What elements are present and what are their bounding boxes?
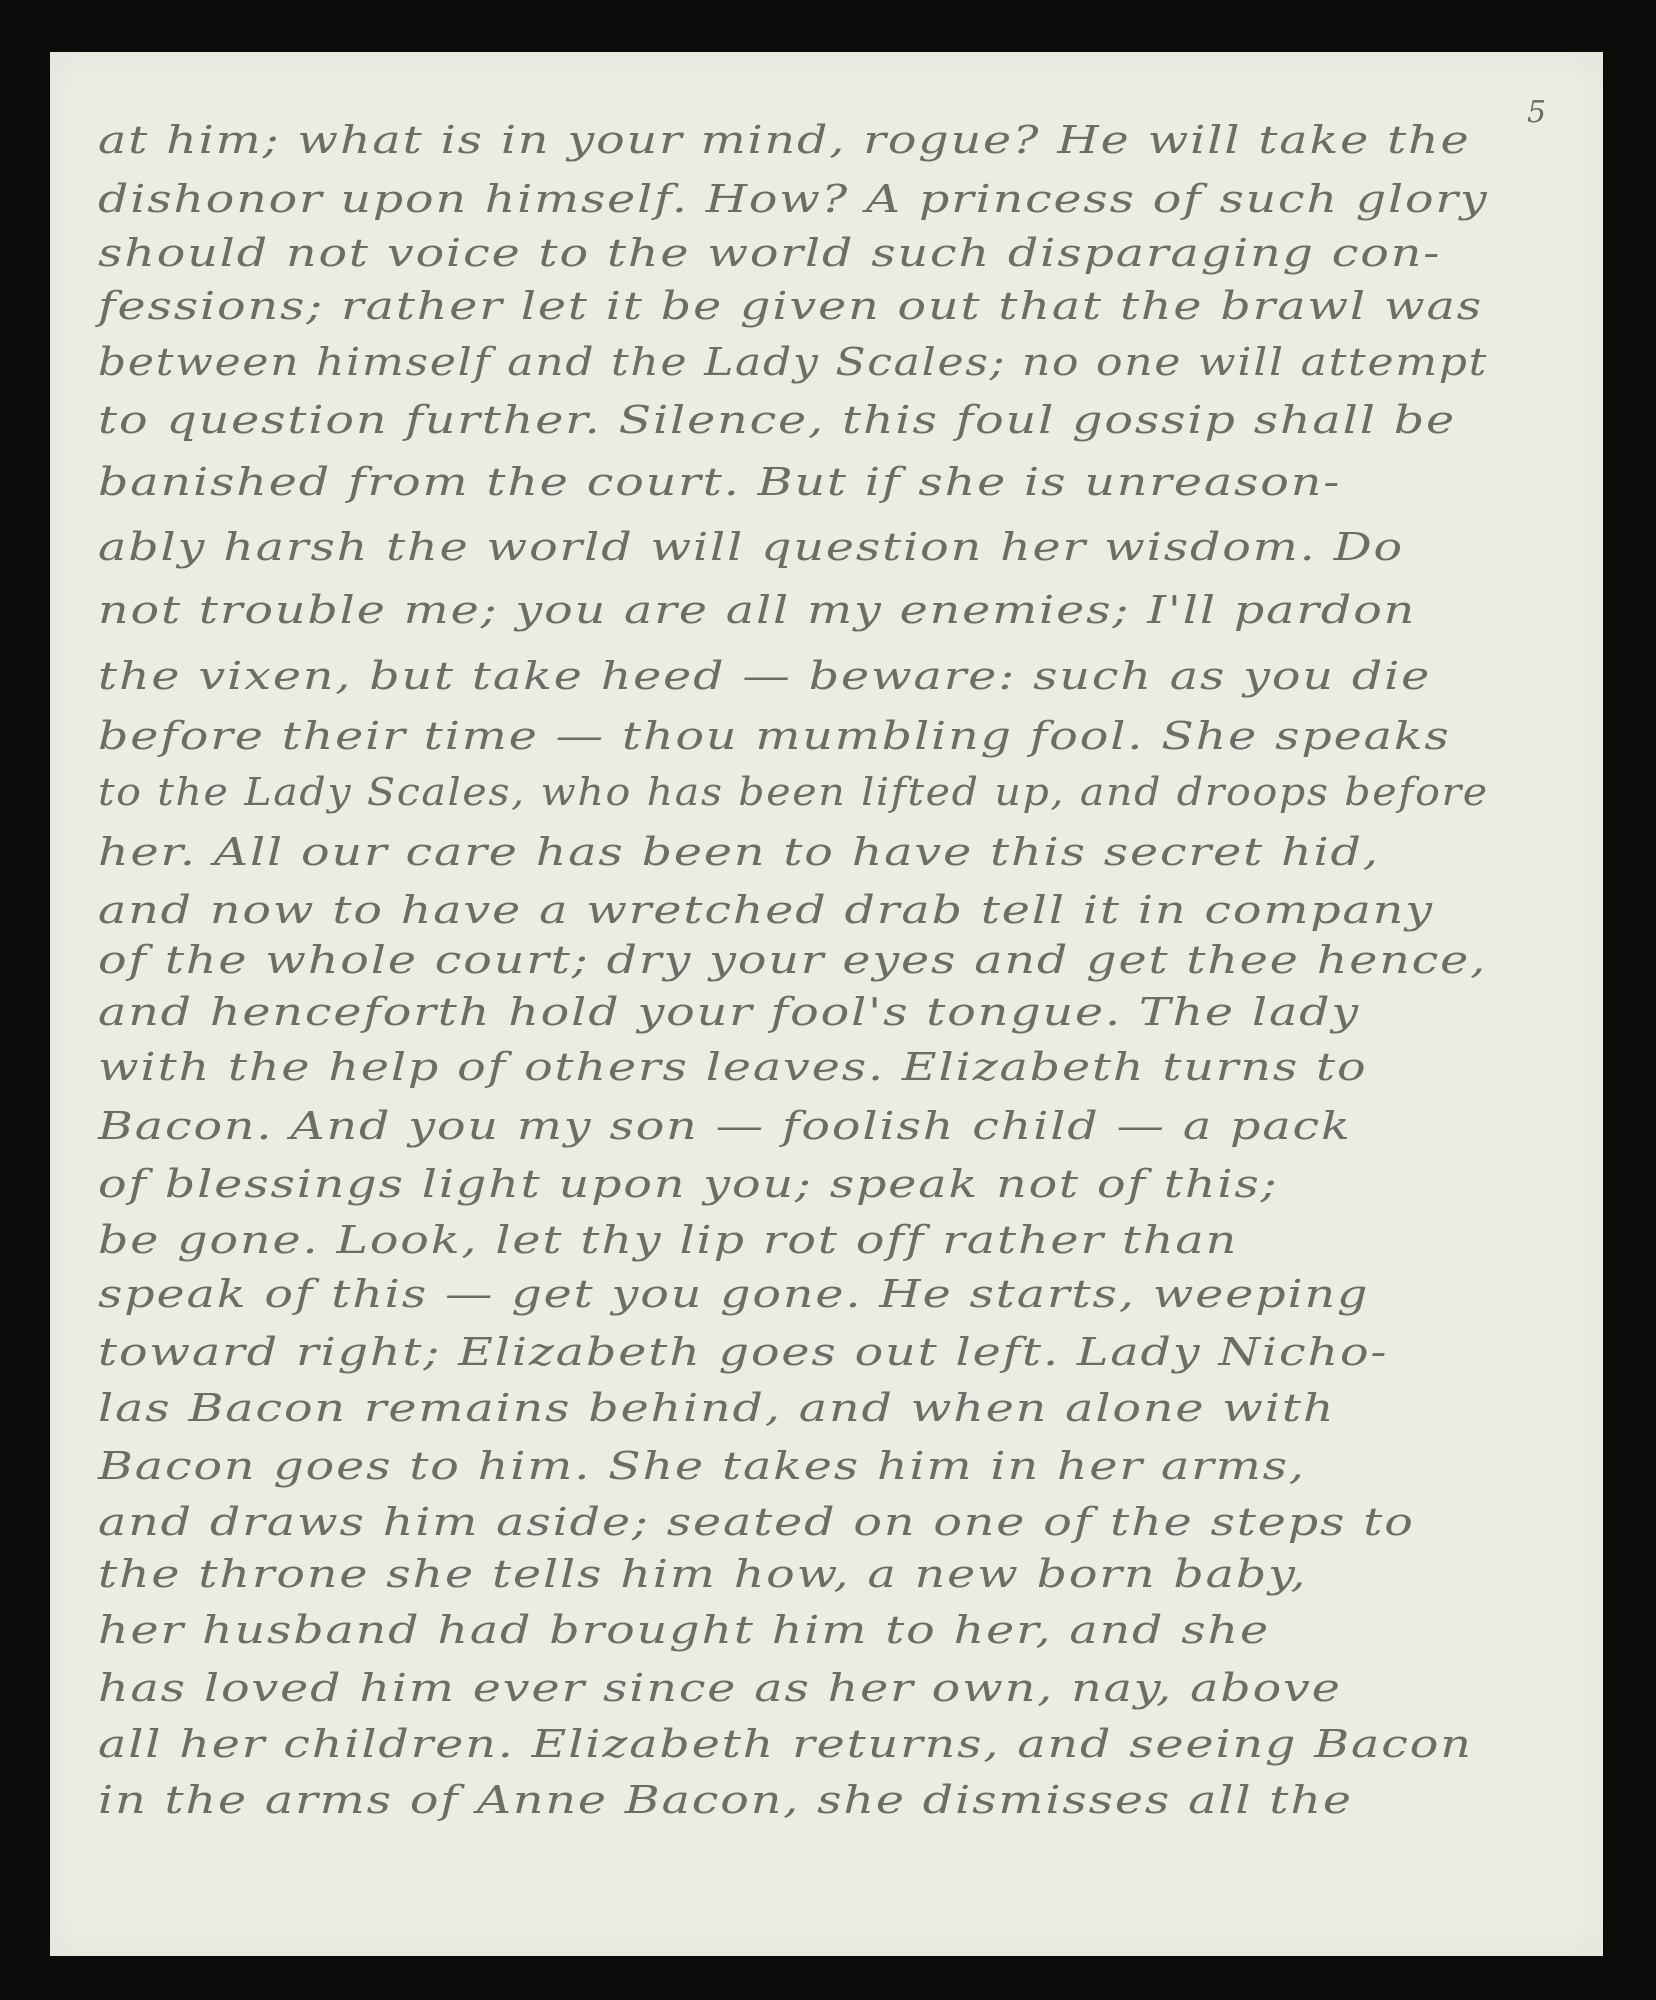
text-line: dishonor upon himself. How? A princess o… [98, 177, 1489, 221]
text-line: all her children. Elizabeth returns, and… [98, 1722, 1473, 1766]
page-number: 5 [1527, 95, 1546, 130]
text-line: of blessings light upon you; speak not o… [98, 1162, 1279, 1206]
text-line: before their time — thou mumbling fool. … [98, 714, 1451, 758]
text-line: and henceforth hold your fool's tongue. … [98, 990, 1360, 1034]
text-line: her. All our care has been to have this … [98, 830, 1380, 874]
text-line: ably harsh the world will question her w… [98, 525, 1404, 569]
text-line: of the whole court; dry your eyes and ge… [98, 938, 1487, 982]
text-line: in the arms of Anne Bacon, she dismisses… [98, 1778, 1353, 1822]
text-line: at him; what is in your mind, rogue? He … [98, 118, 1471, 162]
text-line: banished from the court. But if she is u… [98, 460, 1341, 504]
text-line: the vixen, but take heed — beware: such … [98, 654, 1431, 698]
text-line: and draws him aside; seated on one of th… [98, 1500, 1415, 1544]
text-line: las Bacon remains behind, and when alone… [98, 1386, 1335, 1430]
text-line: Bacon. And you my son — foolish child — … [98, 1104, 1352, 1148]
text-line: be gone. Look, let thy lip rot off rathe… [98, 1218, 1238, 1262]
text-line: with the help of others leaves. Elizabet… [98, 1045, 1367, 1089]
text-line: Bacon goes to him. She takes him in her … [98, 1444, 1306, 1488]
text-line: speak of this — get you gone. He starts,… [98, 1272, 1369, 1316]
text-line: not trouble me; you are all my enemies; … [98, 588, 1416, 632]
text-line: to question further. Silence, this foul … [98, 398, 1456, 442]
text-line: the throne she tells him how, a new born… [98, 1552, 1308, 1596]
text-line: and now to have a wretched drab tell it … [98, 888, 1434, 932]
text-line: between himself and the Lady Scales; no … [98, 340, 1488, 384]
text-line: has loved him ever since as her own, nay… [98, 1666, 1342, 1710]
text-line: fessions; rather let it be given out tha… [98, 284, 1483, 328]
text-line: her husband had brought him to her, and … [98, 1608, 1270, 1652]
text-line: toward right; Elizabeth goes out left. L… [98, 1330, 1388, 1374]
text-line: should not voice to the world such dispa… [98, 231, 1441, 275]
text-line: to the Lady Scales, who has been lifted … [98, 770, 1489, 814]
